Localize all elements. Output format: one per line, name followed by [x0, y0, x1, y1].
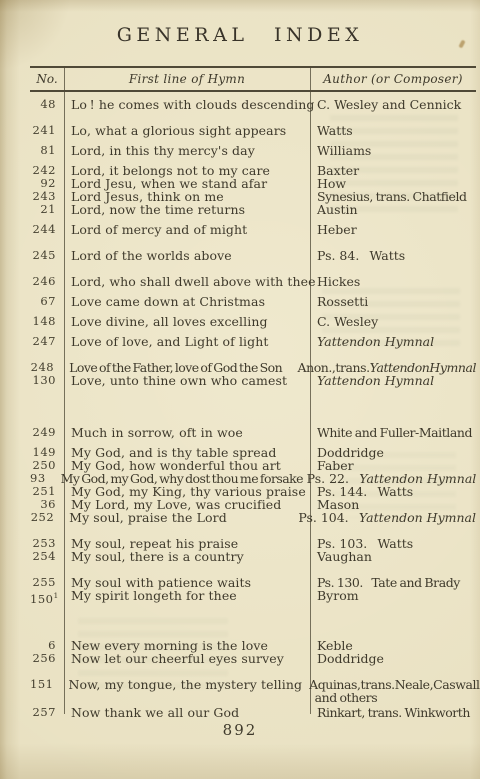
hymn-number: 67	[30, 295, 64, 308]
author-segment: Vaughan	[317, 549, 372, 564]
author-segment: Hickes	[317, 274, 360, 289]
hymn-number: 252	[30, 511, 62, 524]
hymn-first-line: Lo ! he comes with clouds descending	[64, 98, 310, 111]
hymn-number: 254	[30, 550, 64, 563]
author-segment: Watts	[317, 123, 353, 138]
hymn-number: 130	[30, 374, 64, 387]
index-row: 252My soul, praise the LordPs. 104. Yatt…	[30, 511, 476, 524]
hymn-first-line: Lord, now the time returns	[64, 203, 310, 216]
hymn-number: 255	[30, 576, 64, 589]
index-row: 249Much in sorrow, oft in woeWhite and F…	[30, 426, 476, 439]
index-row: 257Now thank we all our GodRinkart, tran…	[30, 706, 476, 719]
index-row: 6New every morning is the loveKeble	[30, 639, 476, 652]
hymn-first-line: My soul, praise the Lord	[62, 511, 291, 524]
hymn-author: Heber	[310, 223, 476, 236]
hymn-number: 81	[30, 144, 64, 157]
index-row: 48Lo ! he comes with clouds descendingC.…	[30, 98, 476, 111]
header-no: No.	[30, 72, 64, 86]
hymn-first-line: Now, my tongue, the mystery telling	[61, 678, 302, 691]
page-title: GENERAL INDEX	[0, 24, 480, 46]
hymn-author: Rinkart, trans. Winkworth	[310, 706, 476, 719]
hymn-author: Hickes	[310, 275, 476, 288]
index-row: 256Now let our cheerful eyes surveyDoddr…	[30, 652, 476, 665]
hymn-number: 245	[30, 249, 64, 262]
header-first-line: First line of Hymn	[64, 72, 310, 86]
author-segment: Rinkart, trans. Winkworth	[317, 705, 470, 720]
author-segment-italic: Yattendon Hymnal	[317, 334, 434, 349]
author-segment: C. Wesley	[317, 314, 378, 329]
hymn-author: Ps. 84. Watts	[310, 249, 476, 262]
author-segment-italic: Yattendon Hymnal	[317, 373, 434, 388]
hymn-number: 247	[30, 335, 64, 348]
index-row: 130Love, unto thine own who camestYatten…	[30, 374, 476, 387]
hymn-first-line: Lord of the worlds above	[64, 249, 310, 262]
index-row: 244Lord of mercy and of mightHeber	[30, 223, 476, 236]
author-segment: Ps. 84. Watts	[317, 248, 405, 263]
author-segment: Austin	[317, 202, 358, 217]
hymn-author: Yattendon Hymnal	[310, 374, 476, 387]
index-rows: 48Lo ! he comes with clouds descendingC.…	[30, 92, 476, 719]
header-author: Author (or Composer)	[310, 72, 476, 86]
hymn-first-line: New every morning is the love	[64, 639, 310, 652]
author-segment: Heber	[317, 222, 357, 237]
index-row: 245Lord of the worlds abovePs. 84. Watts	[30, 249, 476, 262]
hymn-number: 148	[30, 315, 64, 328]
page-number: 892	[0, 721, 480, 739]
hymn-number: 246	[30, 275, 64, 288]
hymn-author: Watts	[310, 124, 476, 137]
hymn-number: 48	[30, 98, 64, 111]
index-row: 241Lo, what a glorious sight appearsWatt…	[30, 124, 476, 137]
author-segment: Doddridge	[317, 651, 384, 666]
hymn-number: 151	[30, 678, 61, 691]
hymn-author: C. Wesley and Cennick	[310, 98, 476, 111]
hymn-author: Williams	[310, 144, 476, 157]
hymn-number: 1501	[30, 589, 64, 606]
hymn-first-line: Lord, who shall dwell above with thee	[64, 275, 310, 288]
hymn-first-line: Lord, in this thy mercy's day	[64, 144, 310, 157]
hymn-author: Vaughan	[310, 550, 476, 563]
author-segment: Rossetti	[317, 294, 368, 309]
hymn-number: 249	[30, 426, 64, 439]
index-row: 247Love of love, and Light of lightYatte…	[30, 335, 476, 348]
hymn-number: 244	[30, 223, 64, 236]
hymn-number: 257	[30, 706, 64, 719]
author-segment: Ps. 104.	[298, 510, 359, 525]
author-segment: Byrom	[317, 588, 359, 603]
hymn-first-line: Now let our cheerful eyes survey	[64, 652, 310, 665]
index-row: 67Love came down at ChristmasRossetti	[30, 295, 476, 308]
index-row: 254My soul, there is a countryVaughan	[30, 550, 476, 563]
hymn-first-line: Now thank we all our God	[64, 706, 310, 719]
hymn-author: C. Wesley	[310, 315, 476, 328]
hymn-author: Byrom	[310, 589, 476, 602]
hymn-author: Ps. 104. Yattendon Hymnal	[291, 511, 476, 524]
index-row: 151Now, my tongue, the mystery tellingAq…	[30, 678, 476, 704]
hymn-first-line: Love divine, all loves excelling	[64, 315, 310, 328]
hymn-number: 21	[30, 203, 64, 216]
index-row: 148Love divine, all loves excellingC. We…	[30, 315, 476, 328]
author-segment: C. Wesley and Cennick	[317, 97, 461, 112]
hymn-first-line: My soul, there is a country	[64, 550, 310, 563]
table-header-row: No. First line of Hymn Author (or Compos…	[30, 66, 476, 92]
author-segment: White and Fuller-Maitland	[317, 425, 472, 440]
index-row: 1501My spirit longeth for theeByrom	[30, 589, 476, 606]
hymn-author: White and Fuller-Maitland	[310, 426, 476, 439]
author-segment: Williams	[317, 143, 371, 158]
hymn-author: Doddridge	[310, 652, 476, 665]
index-row: 246Lord, who shall dwell above with thee…	[30, 275, 476, 288]
author-segment-italic: Yattendon Hymnal	[359, 510, 476, 525]
hymn-author: Austin	[310, 203, 476, 216]
index-row: 21Lord, now the time returnsAustin	[30, 203, 476, 216]
hymn-number-superscript: 1	[53, 591, 58, 600]
hymn-first-line: Love of love, and Light of light	[64, 335, 310, 348]
hymn-first-line: Much in sorrow, oft in woe	[64, 426, 310, 439]
hymn-number: 6	[30, 639, 64, 652]
hymn-number: 256	[30, 652, 64, 665]
hymn-number: 241	[30, 124, 64, 137]
hymn-index-table: No. First line of Hymn Author (or Compos…	[30, 66, 476, 719]
hymn-first-line: Love came down at Christmas	[64, 295, 310, 308]
hymn-author: Yattendon Hymnal	[310, 335, 476, 348]
index-row: 81Lord, in this thy mercy's dayWilliams	[30, 144, 476, 157]
author-segment: Aquinas,trans.Neale,Caswall, and others	[309, 677, 480, 705]
hymn-first-line: Love, unto thine own who camest	[64, 374, 310, 387]
hymn-author: Rossetti	[310, 295, 476, 308]
book-page: GENERAL INDEX No. First line of Hymn Aut…	[0, 0, 480, 779]
hymn-first-line: My spirit longeth for thee	[64, 589, 310, 602]
hymn-first-line: Lo, what a glorious sight appears	[64, 124, 310, 137]
hymn-first-line: Lord of mercy and of might	[64, 223, 310, 236]
hymn-author: Aquinas,trans.Neale,Caswall, and others	[302, 678, 480, 704]
